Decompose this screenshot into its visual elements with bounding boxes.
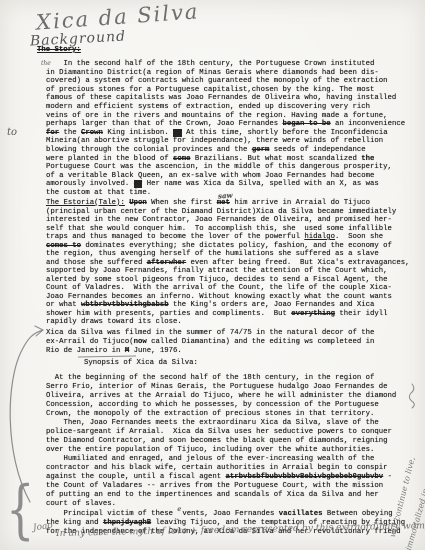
text-run: e bbox=[177, 505, 182, 514]
text-run: When she first bbox=[147, 199, 217, 207]
text-run: The Estoria(Tale): bbox=[46, 199, 125, 207]
paragraph-filming-note: Xica da Silva was filmed in the summer o… bbox=[46, 329, 425, 355]
text-run: In the second half of the 18th century, … bbox=[46, 60, 396, 128]
text-run: the bbox=[361, 155, 374, 163]
text-run: for bbox=[46, 129, 59, 137]
text-run: June, 1976. bbox=[129, 347, 182, 355]
text-run: At the beginning of the second half of t… bbox=[46, 374, 396, 481]
text-run: King inLisbon. bbox=[103, 129, 173, 137]
text-run: ## bbox=[173, 129, 182, 137]
paragraph-background: In the second half of the 18th century, … bbox=[46, 60, 425, 198]
text-run: vents, Joao Fernandes bbox=[182, 510, 278, 518]
text-run: the bbox=[59, 129, 81, 137]
text-run: metsaw bbox=[217, 199, 230, 207]
text-run: everything bbox=[291, 310, 335, 318]
inserted-word-the: the bbox=[41, 60, 51, 67]
text-run: . Soon she bbox=[335, 233, 383, 241]
handwritten-correction-above: saw bbox=[218, 192, 233, 201]
text-run: comes to bbox=[46, 242, 81, 250]
paragraph-synopsis: At the beginning of the second half of t… bbox=[46, 374, 425, 537]
text-run: now bbox=[134, 338, 147, 346]
text-run: some bbox=[173, 155, 191, 163]
text-run: germ bbox=[252, 146, 270, 154]
text-run: Upon bbox=[129, 199, 147, 207]
text-run: an inconvenience bbox=[331, 120, 405, 128]
margin-arrow-head bbox=[35, 326, 43, 336]
story-heading-struck: The Story: bbox=[37, 46, 419, 54]
text-run: afterwher bbox=[147, 259, 186, 267]
text-run: vacillates bbox=[279, 510, 323, 518]
margin-brace: { bbox=[6, 478, 35, 542]
text-run: began to be bbox=[282, 120, 330, 128]
insertion-caret: ˄ bbox=[295, 341, 300, 351]
text-run: Crown bbox=[81, 129, 103, 137]
text-run: wbtbrbvtbbvithgbabsb bbox=[81, 301, 169, 309]
paragraph-estoria: The Estoria(Tale): Upon When she first m… bbox=[46, 199, 425, 327]
synopsis-heading: Synopsis of Xica da Silva: bbox=[84, 359, 425, 367]
document-page: Xica da Silva Background The Story: In t… bbox=[0, 0, 425, 550]
text-run: atrbvbsbfbubvbbbvBebivbgbebeb0gubvbv bbox=[226, 473, 384, 481]
margin-correction-to: to bbox=[7, 127, 17, 138]
text-run: hidalgo bbox=[304, 233, 335, 241]
handwritten-underline bbox=[78, 355, 136, 357]
text-run: Brazilians. But what most scandalized bbox=[191, 155, 362, 163]
